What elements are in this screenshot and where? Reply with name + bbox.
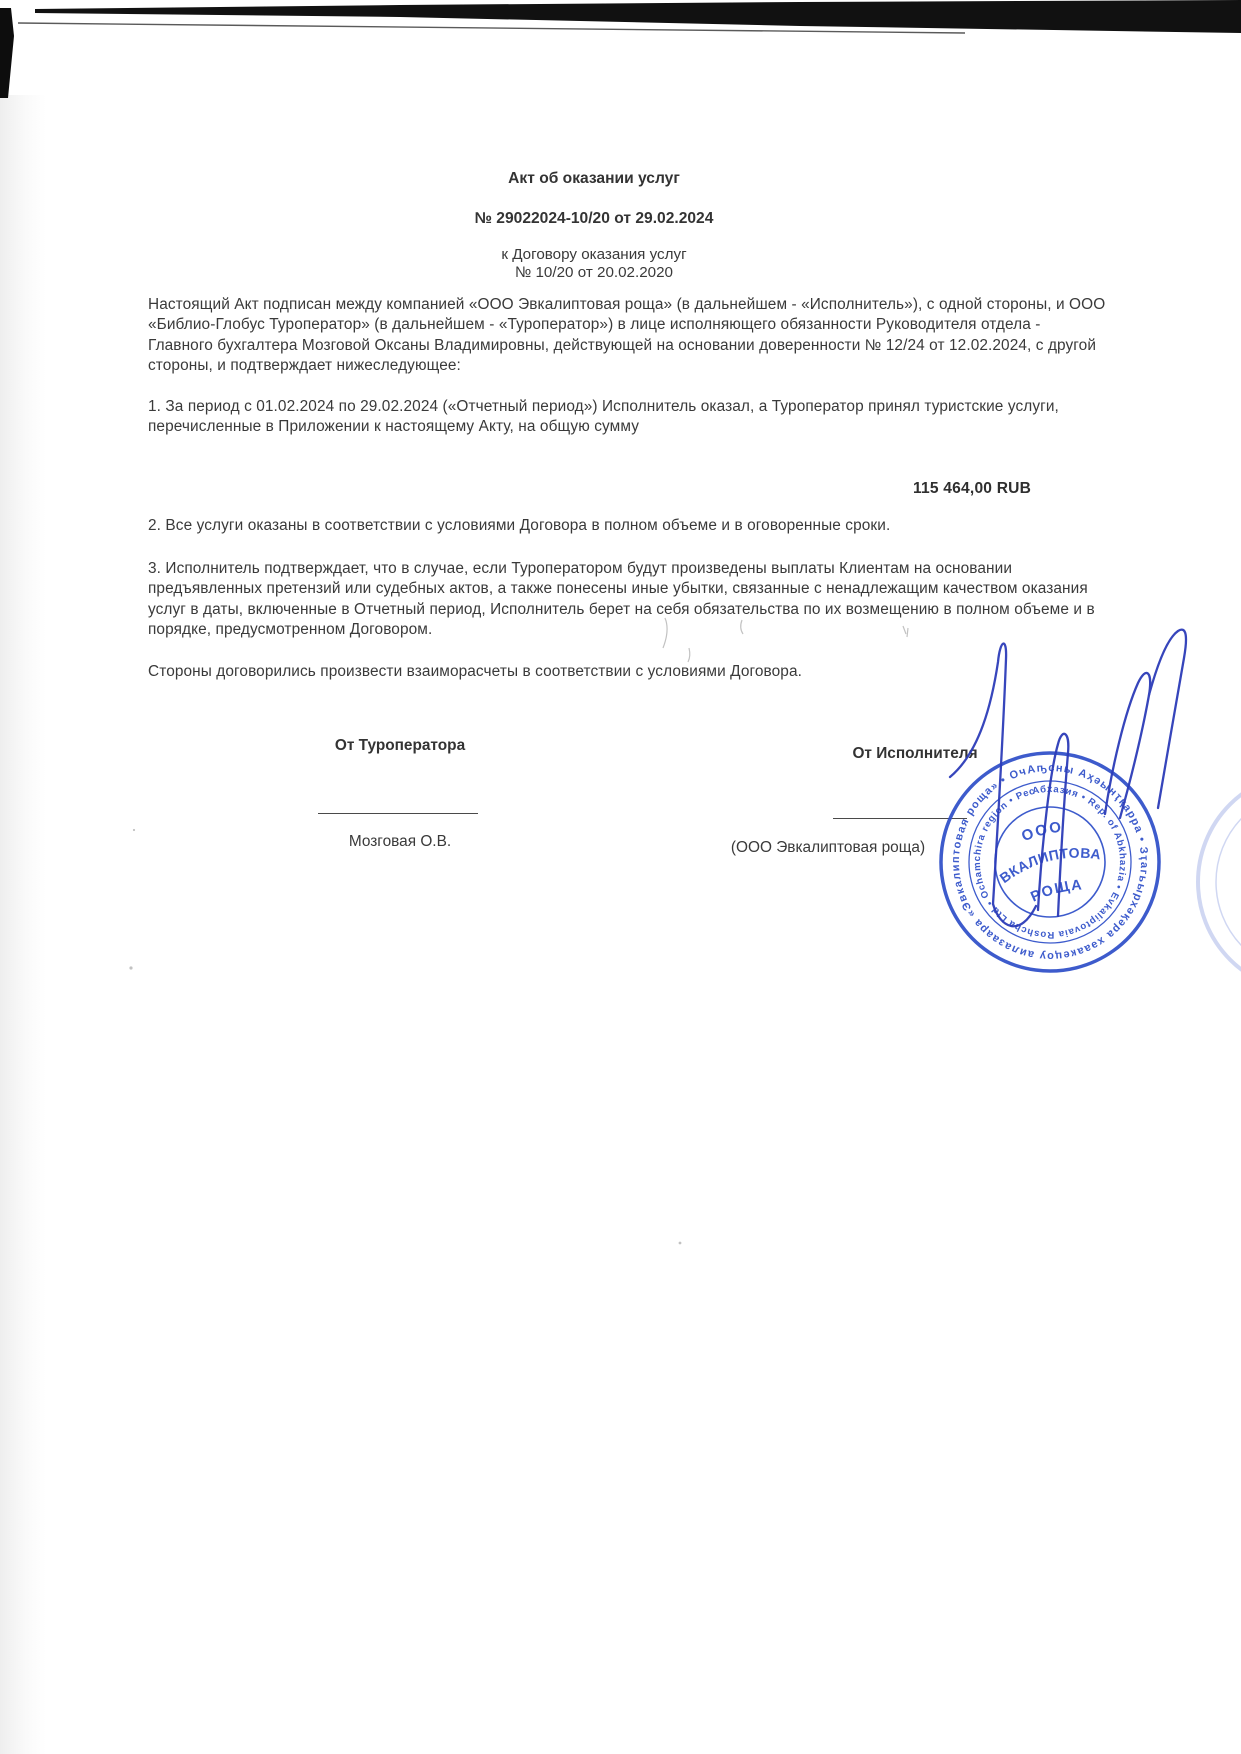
signature-right-name: (ООО Эвкалиптовая роща) <box>703 839 953 857</box>
signature-left-line <box>318 813 478 814</box>
scanner-left-corner-mark <box>0 8 14 98</box>
scan-specks <box>129 829 681 1245</box>
total-amount: 115 464,00 RUB <box>913 480 1031 498</box>
signature-left-name: Мозговая О.В. <box>300 833 500 851</box>
act-number: № 29022024-10/20 от 29.02.2024 <box>148 210 1040 228</box>
stamp-center-roshcha: РОЩА <box>1028 874 1087 906</box>
page-top-edge-line <box>18 23 965 33</box>
contract-reference-line2: № 10/20 от 20.02.2020 <box>148 263 1040 282</box>
signature-right-line <box>833 818 967 819</box>
stamp-center-ooo: ООО <box>1019 817 1066 846</box>
scanned-document-page: Акт об оказании услуг № 29022024-10/20 о… <box>0 0 1241 1754</box>
intro-paragraph: Настоящий Акт подписан между компанией «… <box>148 295 1108 377</box>
page-edge-shadow <box>0 95 46 1754</box>
contract-reference-line1: к Договору оказания услуг <box>148 245 1040 264</box>
clause-2: 2. Все услуги оказаны в соответствии с у… <box>148 516 1108 536</box>
stamp-ring-outer-text: Аҧсны Аҳәынҭқарра • Зҭагьырхәқәра хәааке… <box>929 741 1172 984</box>
signature-right-role: От Исполнителя <box>815 745 1015 763</box>
stamp-seal: Аҧсны Аҳәынҭқарра • Зҭагьырхәқәра хәааке… <box>918 730 1182 994</box>
stamp-inner-circle <box>983 795 1116 928</box>
closing-paragraph: Стороны договорились произвести взаимора… <box>148 662 1108 682</box>
signature-left-role: От Туроператора <box>300 737 500 755</box>
stamp-middle-circle <box>952 764 1148 960</box>
stamp-outer-circle <box>918 730 1182 994</box>
clause-3: 3. Исполнитель подтверждает, что в случа… <box>148 559 1108 641</box>
document-title: Акт об оказании услуг <box>148 170 1040 188</box>
scanner-top-band <box>35 0 1241 33</box>
stamp-center-evkaliptovaya: ЭВКАЛИПТОВАЯ <box>994 835 1106 887</box>
stamp-ring-inner-text: Абхазия • Rep. of Abkhazia • Evkaliptova… <box>955 767 1144 956</box>
clause-1: 1. За период с 01.02.2024 по 29.02.2024 … <box>148 397 1108 438</box>
stamp-ghost-impression <box>1198 772 1241 992</box>
